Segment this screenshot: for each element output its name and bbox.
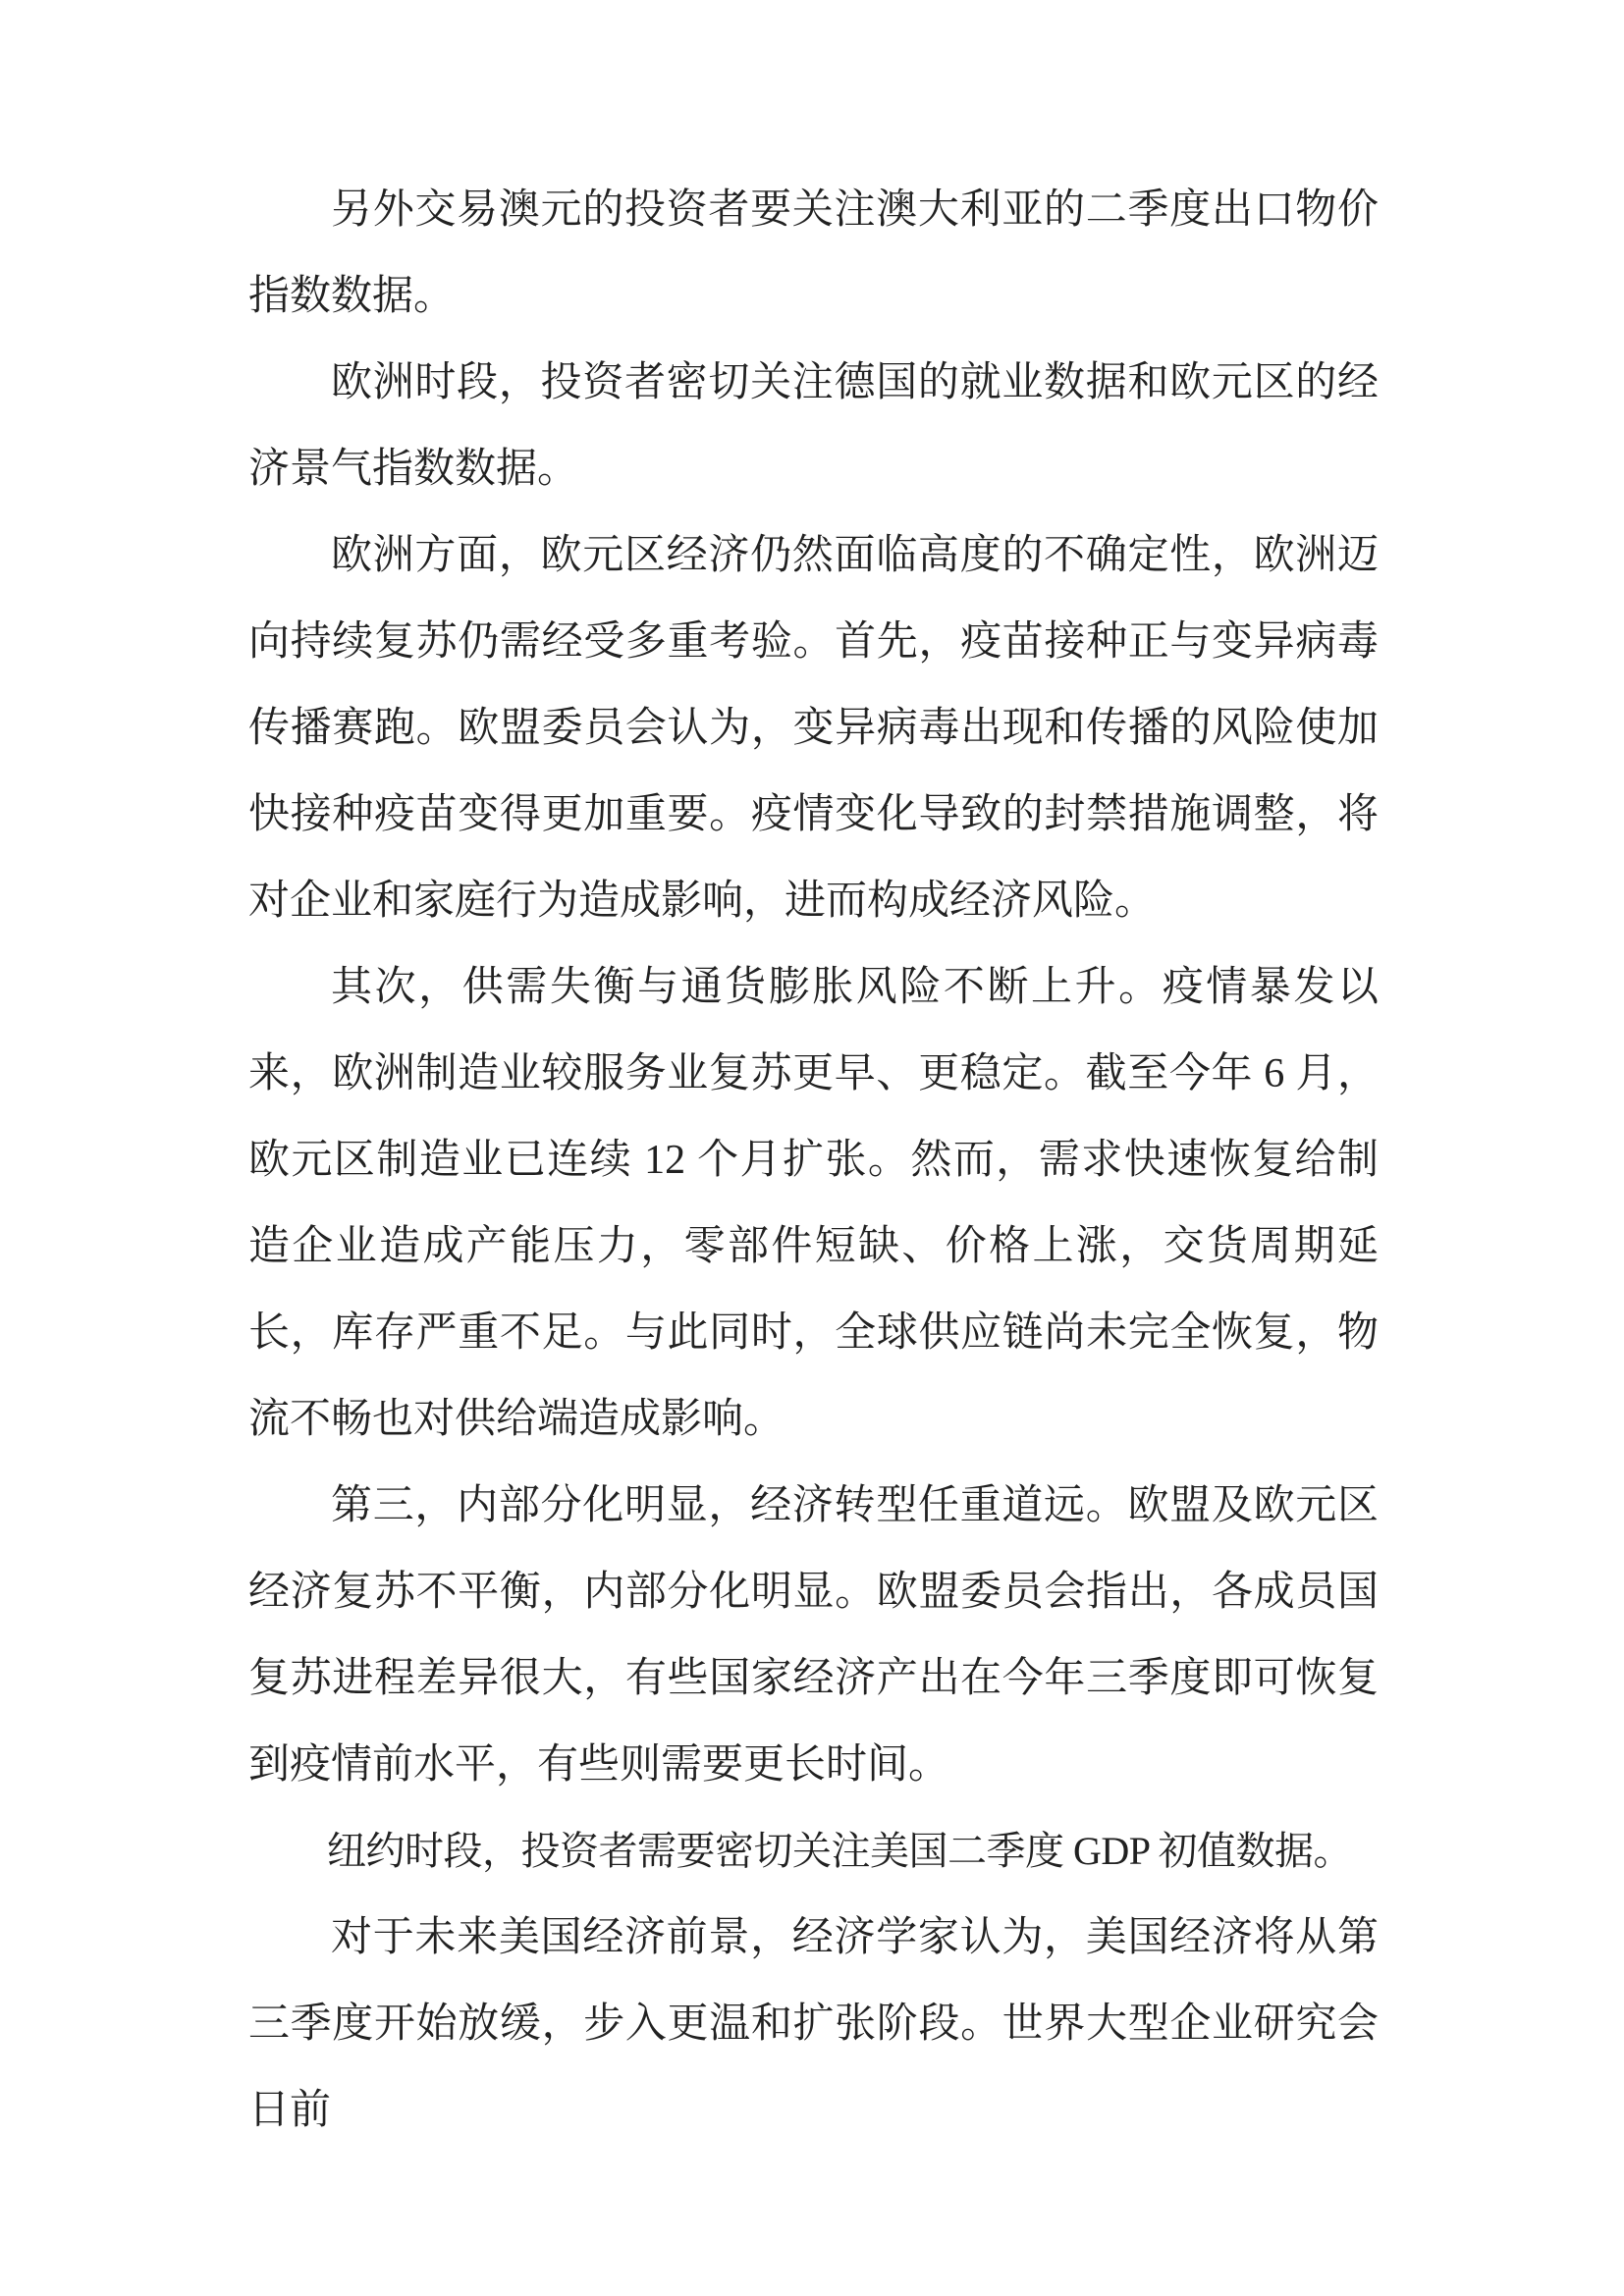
paragraph: 对于未来美国经济前景，经济学家认为，美国经济将从第三季度开始放缓，步入更温和扩张… [248, 1895, 1379, 2154]
paragraph: 其次，供需失衡与通货膨胀风险不断上升。疫情暴发以来，欧洲制造业较服务业复苏更早、… [248, 944, 1379, 1463]
paragraph: 另外交易澳元的投资者要关注澳大利亚的二季度出口物价指数数据。 [248, 167, 1379, 340]
paragraph: 纽约时段，投资者需要密切关注美国二季度 GDP 初值数据。 [248, 1808, 1379, 1895]
paragraph: 欧洲时段，投资者密切关注德国的就业数据和欧元区的经济景气指数数据。 [248, 340, 1379, 512]
paragraph: 第三，内部分化明显，经济转型任重道远。欧盟及欧元区经济复苏不平衡，内部分化明显。… [248, 1463, 1379, 1808]
paragraph: 欧洲方面，欧元区经济仍然面临高度的不确定性，欧洲迈向持续复苏仍需经受多重考验。首… [248, 512, 1379, 944]
document-page: 另外交易澳元的投资者要关注澳大利亚的二季度出口物价指数数据。欧洲时段，投资者密切… [0, 0, 1624, 2296]
document-body: 另外交易澳元的投资者要关注澳大利亚的二季度出口物价指数数据。欧洲时段，投资者密切… [248, 167, 1379, 2154]
